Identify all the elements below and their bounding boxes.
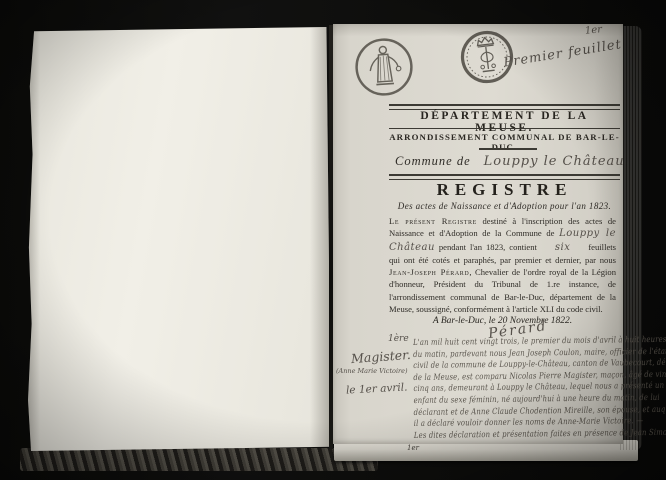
bottom-edge-folio-mark: 1er [407, 444, 419, 452]
act-margin-number: 1ère [388, 334, 409, 344]
president-name: Jean-Joseph Pérard [389, 267, 469, 277]
commune-label: Commune de [395, 154, 471, 168]
blank-left-page [28, 27, 331, 451]
department-heading: DÉPARTEMENT DE LA MEUSE. [389, 110, 620, 134]
folio-number: 1er [584, 24, 602, 37]
preamble-text-2: pendant l'an 1823, contient [435, 242, 541, 252]
justice-figure-stamp-icon [351, 34, 417, 100]
short-rule [479, 148, 537, 150]
act-line: Les dites déclaration et présentation fa… [414, 427, 627, 441]
register-title-page: 1er Premier feuillet DÉPARTEMENT DE LA M… [333, 24, 623, 444]
act-margin-given-names: (Anne Marie Victoire) [336, 367, 408, 375]
act-margin-date: le 1er avril. [346, 381, 408, 396]
preamble-lead: Le présent Registre [389, 216, 477, 226]
birth-act-manuscript: L'an mil huit cent vingt trois, le premi… [413, 334, 627, 441]
commune-handwritten-value: Louppy le Château [484, 154, 625, 169]
register-title: REGISTRE [389, 180, 620, 200]
folio-annotation: Premier feuillet [503, 36, 628, 70]
commune-line: Commune de Louppy le Château [395, 152, 620, 170]
register-subtitle: Des actes de Naissance et d'Adoption pou… [389, 201, 620, 211]
register-preamble: Le présent Registre destiné à l'inscript… [389, 215, 616, 315]
act-margin-surname: Magister. [351, 347, 412, 366]
scanned-register-photo: 1er 1er Premier feuillet [0, 0, 666, 480]
book-cover-marbled-edge [20, 448, 378, 471]
rule-under-department [389, 128, 620, 129]
folio-count-fill-in: six [555, 242, 570, 253]
